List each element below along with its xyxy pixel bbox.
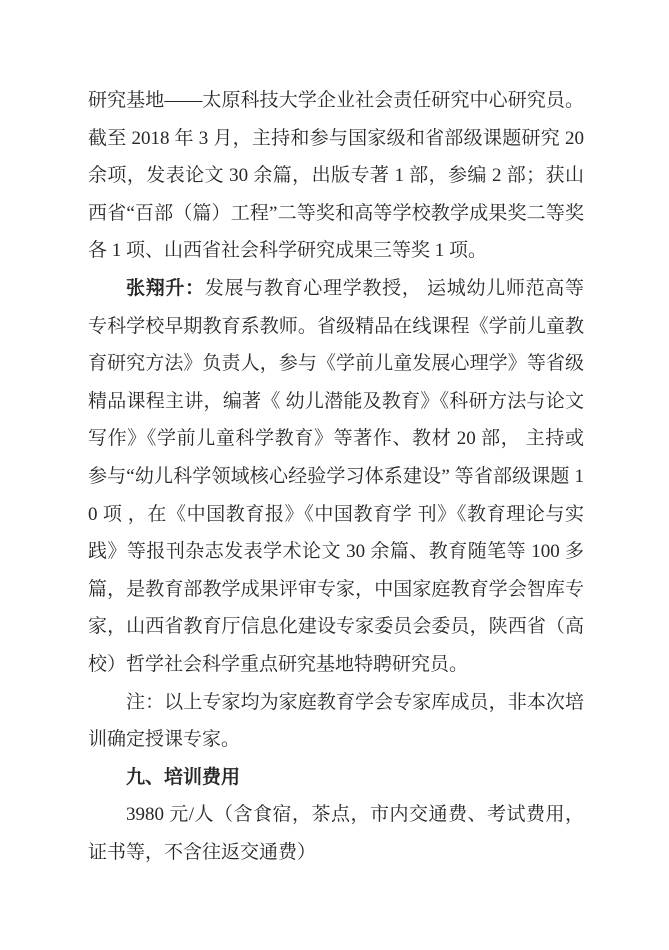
- paragraph-fee: 3980 元/人（含食宿，茶点，市内交通费、考试费用，证书等，不含往返交通费）: [88, 796, 584, 871]
- paragraph-expert-zhang-xiangsheng: 张翔升：发展与教育心理学教授， 运城幼儿师范高等专科学校早期教育系教师。省级精品…: [88, 270, 584, 684]
- expert-name-lead: 张翔升：: [126, 278, 205, 299]
- expert-bio-text: 发展与教育心理学教授， 运城幼儿师范高等专科学校早期教育系教师。省级精品在线课程…: [88, 278, 584, 675]
- paragraph-note: 注：以上专家均为家庭教育学会专家库成员，非本次培训确定授课专家。: [88, 684, 584, 759]
- paragraph-bio-continuation: 研究基地——太原科技大学企业社会责任研究中心研究员。截至 2018 年 3 月，…: [88, 82, 584, 270]
- document-page: 研究基地——太原科技大学企业社会责任研究中心研究员。截至 2018 年 3 月，…: [0, 0, 669, 950]
- section-heading-training-fee: 九、培训费用: [88, 759, 584, 797]
